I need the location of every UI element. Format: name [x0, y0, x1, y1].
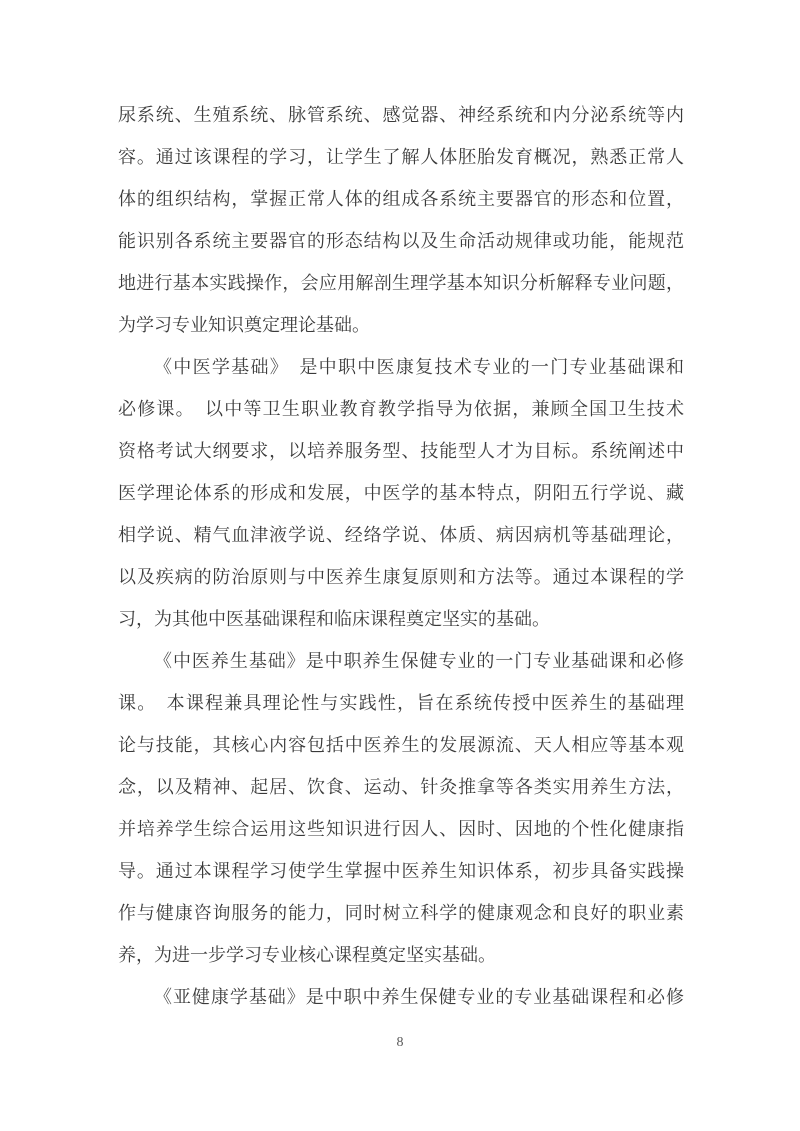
text-line: 并培养学生综合运用这些知识进行因人、因时、因地的个性化健康指 — [118, 808, 684, 850]
paragraph-tcm-health-course: 《中医养生基础》是中职养生保健专业的一门专业基础课和必修 课。 本课程兼具理论性… — [118, 640, 684, 976]
text-line: 《中医学基础》 是中职中医康复技术专业的一门专业基础课和 — [118, 346, 684, 388]
text-line: 医学理论体系的形成和发展，中医学的基本特点，阴阳五行学说、藏 — [118, 472, 684, 514]
paragraph-subhealth-course: 《亚健康学基础》是中职中养生保健专业的专业基础课程和必修 — [118, 976, 684, 1018]
text-line: 念，以及精神、起居、饮食、运动、针灸推拿等各类实用养生方法， — [118, 766, 684, 808]
text-line: 《中医养生基础》是中职养生保健专业的一门专业基础课和必修 — [118, 640, 684, 682]
text-line: 相学说、精气血津液学说、经络学说、体质、病因病机等基础理论， — [118, 514, 684, 556]
page-body-text: 尿系统、生殖系统、脉管系统、感觉器、神经系统和内分泌系统等内 容。通过该课程的学… — [118, 94, 684, 1018]
text-line: 尿系统、生殖系统、脉管系统、感觉器、神经系统和内分泌系统等内 — [118, 94, 684, 136]
text-line: 地进行基本实践操作，会应用解剖生理学基本知识分析解释专业问题， — [118, 262, 684, 304]
text-line: 课。 本课程兼具理论性与实践性，旨在系统传授中医养生的基础理 — [118, 682, 684, 724]
text-line: 能识别各系统主要器官的形态结构以及生命活动规律或功能，能规范 — [118, 220, 684, 262]
text-line: 《亚健康学基础》是中职中养生保健专业的专业基础课程和必修 — [118, 976, 684, 1018]
text-line: 论与技能，其核心内容包括中医养生的发展源流、天人相应等基本观 — [118, 724, 684, 766]
text-line: 为学习专业知识奠定理论基础。 — [118, 304, 684, 346]
text-line: 作与健康咨询服务的能力，同时树立科学的健康观念和良好的职业素 — [118, 892, 684, 934]
paragraph-tcm-basics-course: 《中医学基础》 是中职中医康复技术专业的一门专业基础课和 必修课。 以中等卫生职… — [118, 346, 684, 640]
text-line: 必修课。 以中等卫生职业教育教学指导为依据，兼顾全国卫生技术 — [118, 388, 684, 430]
text-line: 资格考试大纲要求，以培养服务型、技能型人才为目标。系统阐述中 — [118, 430, 684, 472]
document-page: 尿系统、生殖系统、脉管系统、感觉器、神经系统和内分泌系统等内 容。通过该课程的学… — [0, 0, 800, 1131]
text-line: 容。通过该课程的学习，让学生了解人体胚胎发育概况，熟悉正常人 — [118, 136, 684, 178]
text-line: 体的组织结构，掌握正常人体的组成各系统主要器官的形态和位置， — [118, 178, 684, 220]
text-line: 习，为其他中医基础课程和临床课程奠定坚实的基础。 — [118, 598, 684, 640]
text-line: 以及疾病的防治原则与中医养生康复原则和方法等。通过本课程的学 — [118, 556, 684, 598]
page-number: 8 — [0, 1031, 800, 1055]
paragraph-anatomy-course: 尿系统、生殖系统、脉管系统、感觉器、神经系统和内分泌系统等内 容。通过该课程的学… — [118, 94, 684, 346]
text-line: 导。通过本课程学习使学生掌握中医养生知识体系，初步具备实践操 — [118, 850, 684, 892]
text-line: 养，为进一步学习专业核心课程奠定坚实基础。 — [118, 934, 684, 976]
